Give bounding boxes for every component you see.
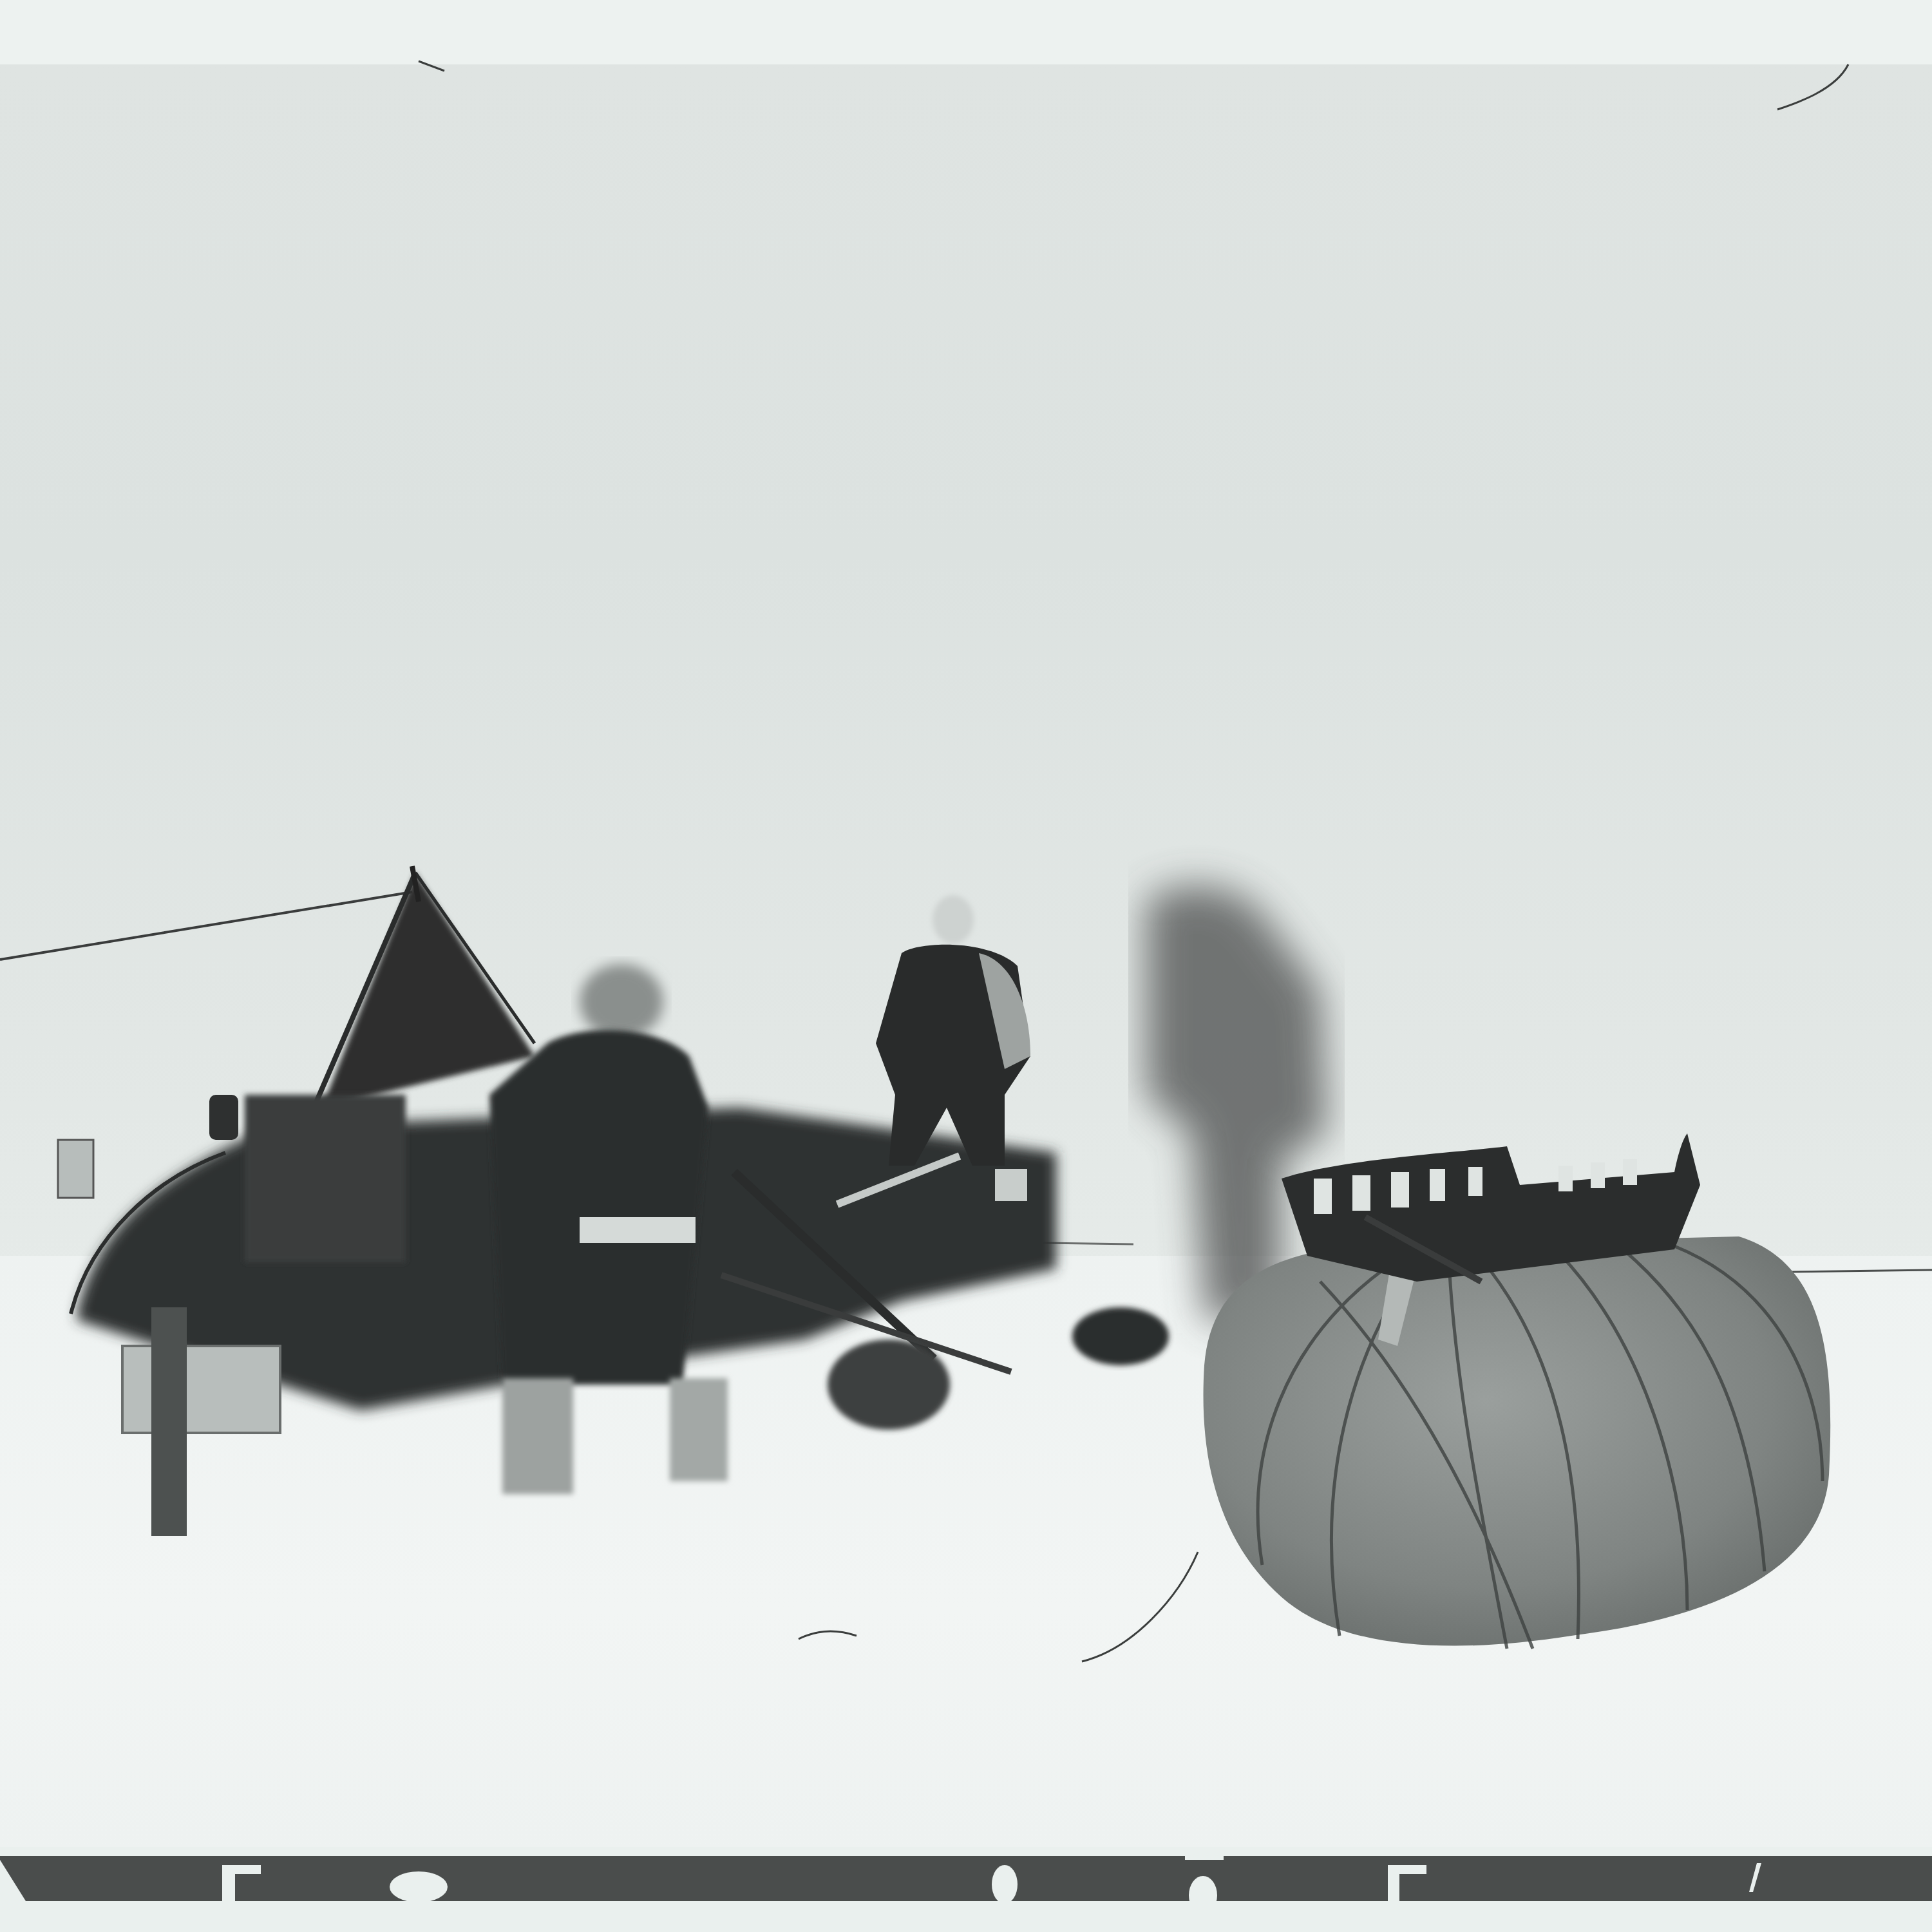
scene-illustration <box>0 0 1932 1932</box>
tent-guy-line <box>0 892 412 960</box>
print-border-bottom <box>0 1903 1932 1932</box>
canvas-boat-bundle <box>1204 1236 1831 1649</box>
film-edge-markings <box>0 1847 1932 1906</box>
photograph <box>0 0 1932 1932</box>
blurred-figure <box>1146 885 1327 1320</box>
